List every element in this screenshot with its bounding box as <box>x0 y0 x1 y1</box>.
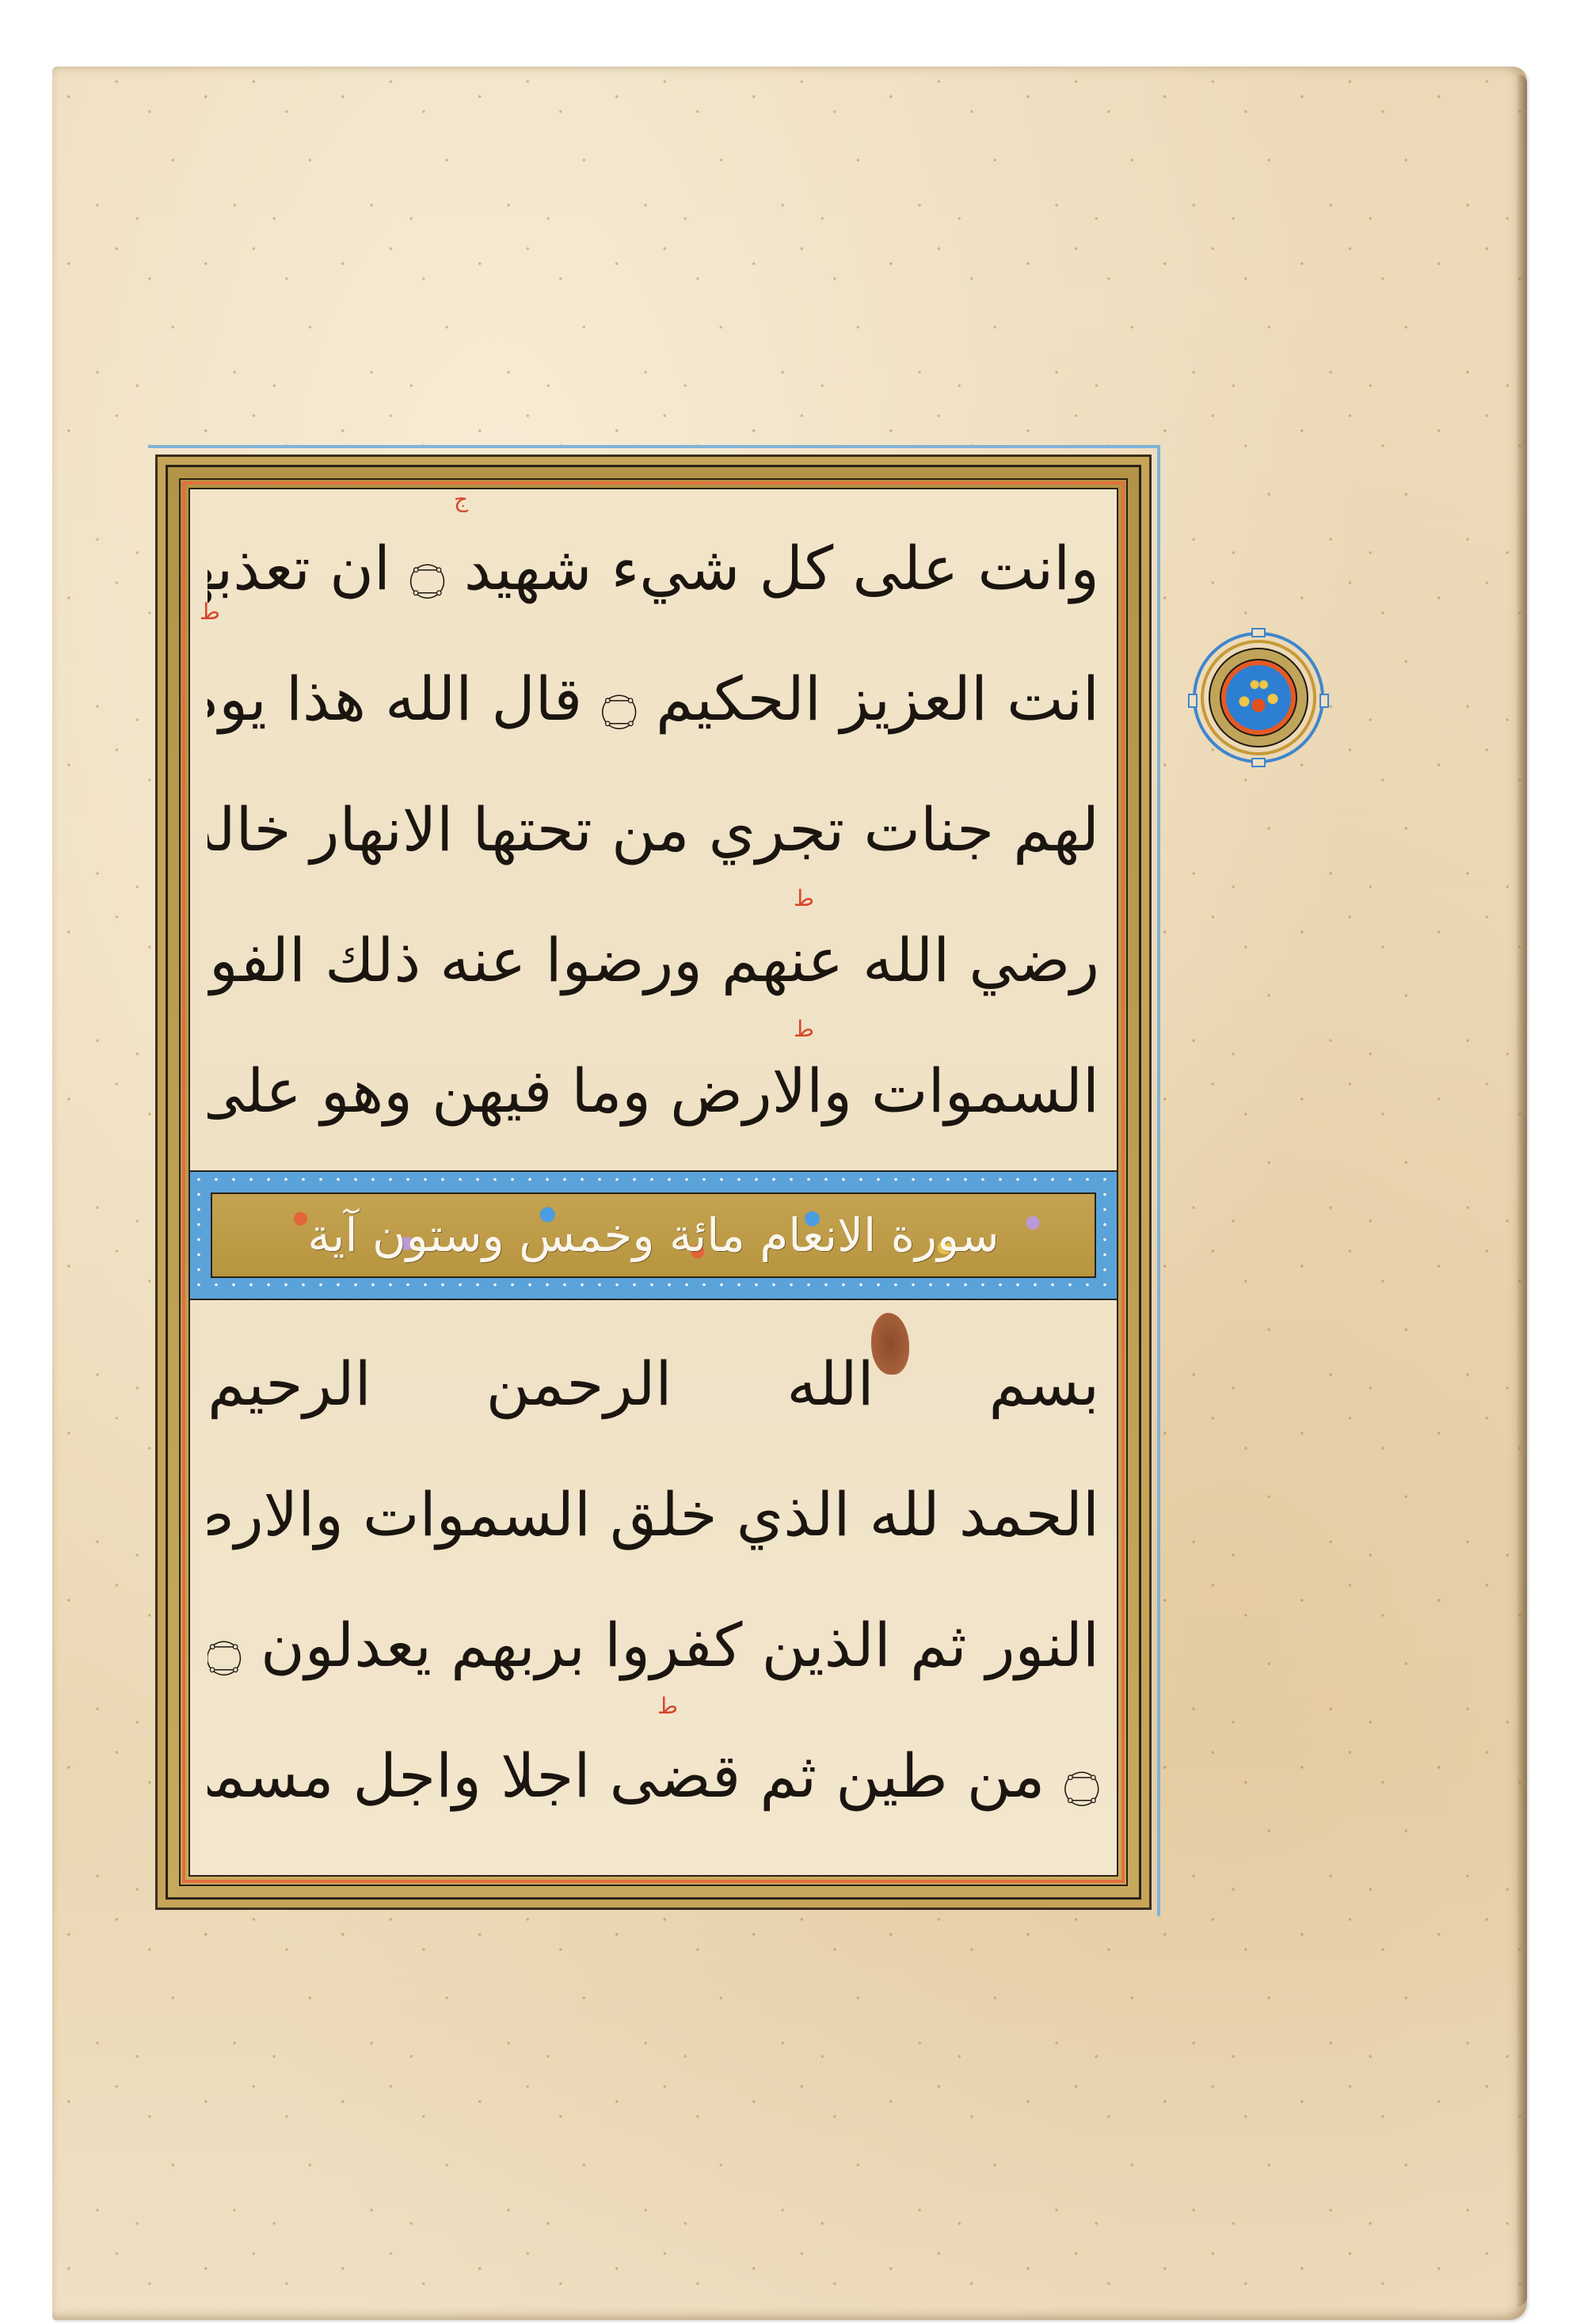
rubric-mark: ط <box>200 599 220 625</box>
text-line-7: الحمد لله الذي خلق السموات والارض وجعل ا… <box>208 1467 1099 1562</box>
surah-heading-band: سورة الانعام مائة وخمس وستون آية <box>190 1170 1117 1300</box>
rubric-mark: ط <box>794 1016 814 1042</box>
rubric-mark: ط <box>794 885 814 911</box>
text-line-4: رضي الله عنهم ورضوا عنه ذلك الفوز العظيم… <box>208 913 1099 1008</box>
text-line-1: وانت على كل شيء شهيد ۝ ان تعذبهم فانهم ع… <box>208 521 1099 616</box>
margin-medallion <box>1193 632 1324 763</box>
text-line-9: ۝ من طين ثم قضى اجلا واجل مسمى عنده ثم ا… <box>208 1729 1099 1824</box>
text-line-8: النور ثم الذين كفروا بربهم يعدلون ۝ هو ا… <box>208 1598 1099 1693</box>
gold-border: وانت على كل شيء شهيد ۝ ان تعذبهم فانهم ع… <box>166 465 1141 1900</box>
surah-heading-panel: سورة الانعام مائة وخمس وستون آية <box>211 1192 1096 1278</box>
medallion-tab <box>1251 628 1266 637</box>
medallion-tab <box>1251 758 1266 767</box>
medallion-tab <box>1188 694 1198 708</box>
surah-heading: سورة الانعام مائة وخمس وستون آية <box>307 1208 999 1262</box>
red-border: وانت على كل شيء شهيد ۝ ان تعذبهم فانهم ع… <box>179 478 1128 1886</box>
illuminated-text-frame: وانت على كل شيء شهيد ۝ ان تعذبهم فانهم ع… <box>155 455 1152 1910</box>
paper-stain <box>871 1313 909 1375</box>
rubric-mark: ط <box>657 1693 678 1719</box>
text-line-3: لهم جنات تجري من تحتها الانهار خالدين في… <box>208 782 1099 877</box>
page-edge-shadow <box>1516 74 1527 2307</box>
medallion-tab <box>1319 694 1329 708</box>
floral-roundel-icon <box>1226 665 1291 730</box>
rubric-mark: ج <box>454 486 468 512</box>
text-line-5: السموات والارض وما فيهن وهو على كل شيء ق… <box>208 1044 1099 1139</box>
text-block: وانت على كل شيء شهيد ۝ ان تعذبهم فانهم ع… <box>188 488 1118 1877</box>
text-line-2: انت العزيز الحكيم ۝ قال الله هذا يوم ينف… <box>208 652 1099 747</box>
basmala-line: بسم الله الرحمن الرحيم <box>208 1337 1099 1432</box>
